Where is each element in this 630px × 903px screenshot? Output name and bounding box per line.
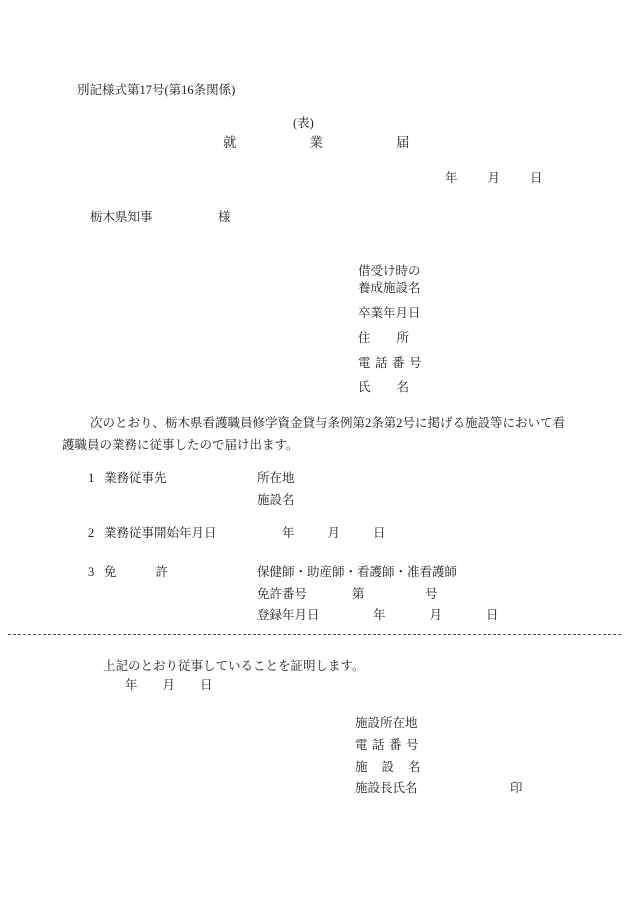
form-title: 就業届: [223, 136, 483, 150]
item2-label: 業務従事開始年月日: [104, 527, 217, 540]
cert-facility-address-label: 施設所在地: [355, 717, 418, 730]
graduation-date-label: 卒業年月日: [358, 307, 421, 320]
borrow-facility-label-line1: 借受け時の: [358, 265, 421, 278]
submission-date-line: 年月日: [445, 172, 573, 185]
item3-license-label: 免許: [104, 566, 207, 579]
item1-label: 業務従事先: [104, 472, 167, 485]
cert-director-name-label: 施設長氏名: [355, 782, 418, 795]
item1-facility-label: 施設名: [257, 494, 295, 507]
declaration-paragraph: 次のとおり、栃木県看護職員修学資金貸与条例第2条第2号に掲げる施設等において看護…: [62, 412, 569, 456]
seal-mark: 印: [510, 782, 523, 795]
addressee: 栃木県知事: [90, 211, 153, 224]
certification-statement: 上記のとおり従事していることを証明します。: [103, 660, 365, 673]
registration-date-label: 登録年月日: [257, 609, 320, 622]
cut-separator-dashed-line: [8, 634, 621, 635]
license-number-suffix: 号: [425, 588, 438, 601]
address-label: 住所: [358, 332, 435, 345]
certification-date: 年月日: [125, 679, 238, 692]
addressee-honorific: 様: [218, 211, 231, 224]
cert-facility-name-label: 施設名: [355, 761, 435, 774]
form-number: 別記様式第17号(第16条関係): [77, 84, 235, 97]
license-types: 保健師・助産師・看護師・准看護師: [257, 566, 457, 579]
item1-number: 1: [88, 472, 94, 485]
side-label: (表): [293, 117, 314, 130]
employment-notification-form: 別記様式第17号(第16条関係) (表) 就業届 年月日 栃木県知事 様 借受け…: [0, 0, 630, 903]
item3-number: 3: [88, 566, 94, 579]
registration-date: 年月日: [373, 609, 543, 622]
license-number-label: 免許番号: [257, 588, 307, 601]
item1-location-label: 所在地: [257, 472, 295, 485]
name-label: 氏名: [358, 381, 435, 394]
item2-start-date: 年月日: [282, 527, 419, 540]
phone-label: 電話番号: [358, 357, 426, 370]
license-number-prefix: 第: [352, 588, 365, 601]
borrow-facility-label-line2: 養成施設名: [358, 282, 421, 295]
item2-number: 2: [88, 527, 94, 540]
cert-phone-label: 電話番号: [355, 739, 423, 752]
